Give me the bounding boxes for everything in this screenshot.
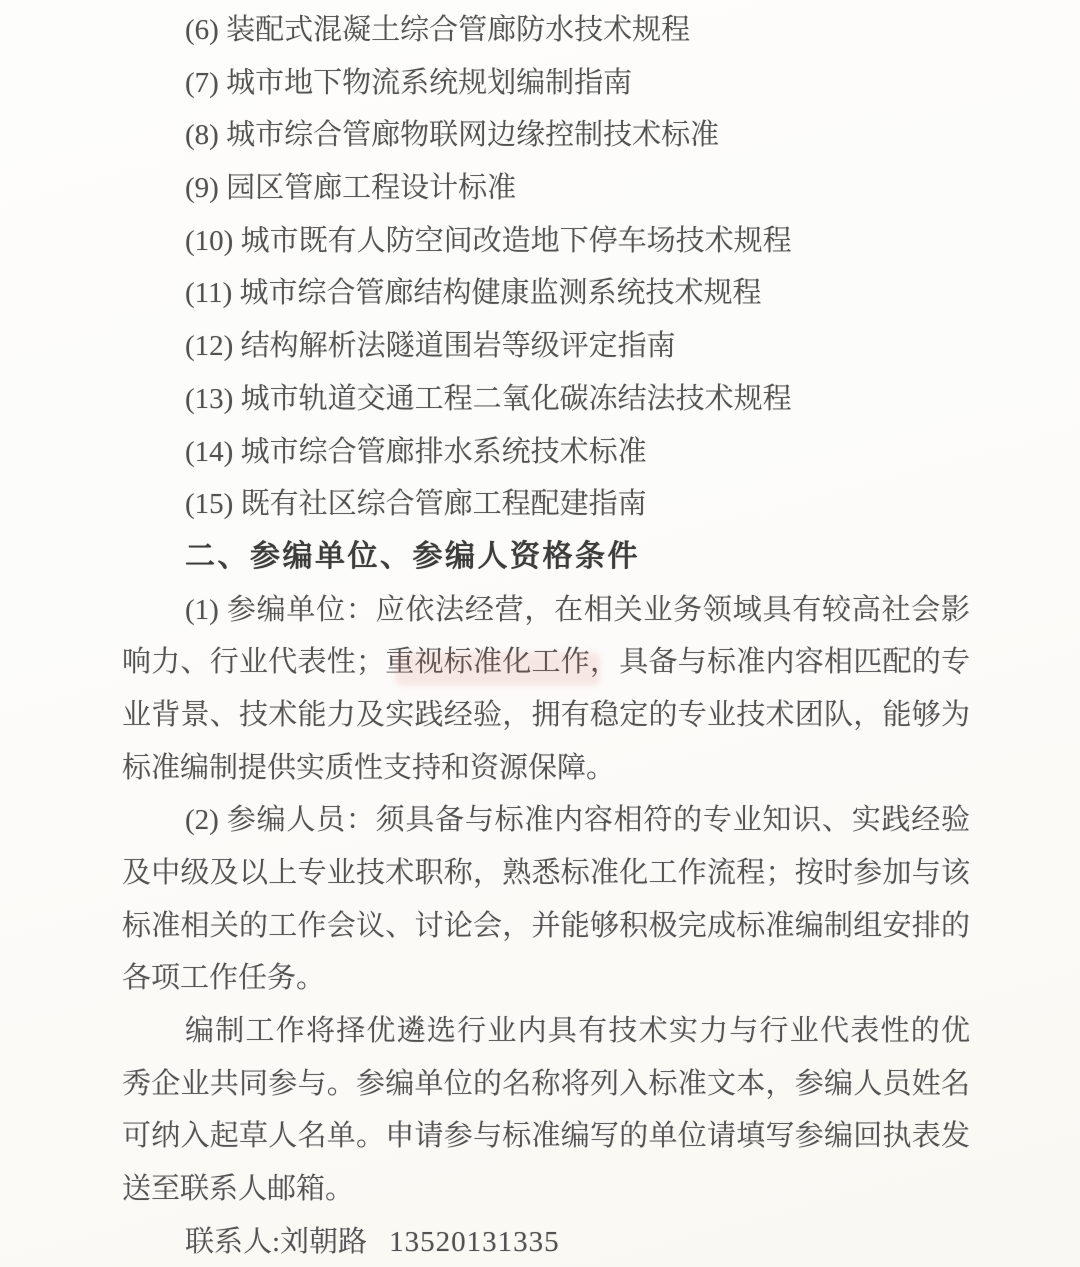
standard-item-15: (15) 既有社区综合管廊工程配建指南 — [122, 478, 970, 531]
para2-line-1: (2) 参编人员：须具备与标准内容相符的专业知识、实践经验 — [122, 794, 970, 847]
standard-item-12: (12) 结构解析法隧道围岩等级评定指南 — [122, 320, 970, 373]
contact-person: 联系人:刘朝路 — [185, 1226, 367, 1258]
standard-item-9: (9) 园区管廊工程设计标准 — [122, 162, 970, 215]
standard-item-6: (6) 装配式混凝土综合管廊防水技术规程 — [122, 4, 970, 57]
para1-line-4: 标准编制提供实质性支持和资源保障。 — [122, 742, 970, 795]
para2-line-4: 各项工作任务。 — [122, 952, 970, 1005]
para1-line-3: 业背景、技术能力及实践经验，拥有稳定的专业技术团队，能够为 — [122, 689, 970, 742]
para3-line-4: 送至联系人邮箱。 — [122, 1163, 970, 1216]
para1-line-1: (1) 参编单位：应依法经营，在相关业务领域具有较高社会影 — [122, 584, 970, 637]
standard-item-8: (8) 城市综合管廊物联网边缘控制技术标准 — [122, 109, 970, 162]
para1-line-2: 响力、行业代表性；重视标准化工作，具备与标准内容相匹配的专 — [122, 636, 970, 689]
contact-line: 联系人:刘朝路13520131335 — [122, 1216, 970, 1267]
para3-line-3: 可纳入起草人名单。申请参与标准编写的单位请填写参编回执表发 — [122, 1110, 970, 1163]
contact-phone: 13520131335 — [389, 1226, 560, 1258]
para2-line-3: 标准相关的工作会议、讨论会，并能够积极完成标准编制组安排的 — [122, 900, 970, 953]
section-heading: 二、参编单位、参编人资格条件 — [122, 531, 970, 584]
standard-item-13: (13) 城市轨道交通工程二氧化碳冻结法技术规程 — [122, 373, 970, 426]
scanned-document-page: { "page": { "background_color": "#fcfbf8… — [0, 0, 1080, 1267]
para3-line-2: 秀企业共同参与。参编单位的名称将列入标准文本，参编人员姓名 — [122, 1058, 970, 1111]
para2-line-2: 及中级及以上专业技术职称，熟悉标准化工作流程；按时参加与该 — [122, 847, 970, 900]
standard-item-7: (7) 城市地下物流系统规划编制指南 — [122, 57, 970, 110]
document-body: (6) 装配式混凝土综合管廊防水技术规程 (7) 城市地下物流系统规划编制指南 … — [0, 0, 1080, 1267]
standard-item-11: (11) 城市综合管廊结构健康监测系统技术规程 — [122, 267, 970, 320]
para3-line-1: 编制工作将择优遴选行业内具有技术实力与行业代表性的优 — [122, 1005, 970, 1058]
standard-item-10: (10) 城市既有人防空间改造地下停车场技术规程 — [122, 215, 970, 268]
standard-item-14: (14) 城市综合管廊排水系统技术标准 — [122, 426, 970, 479]
